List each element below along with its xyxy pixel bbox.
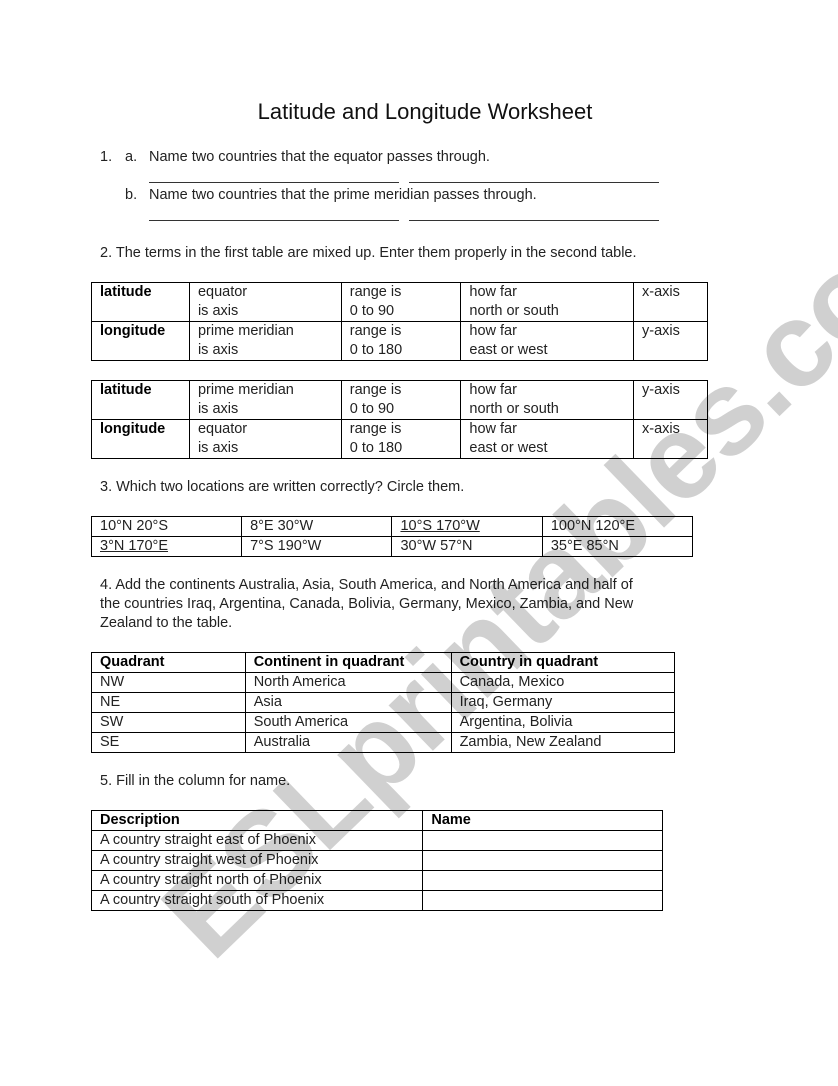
table-row: SWSouth AmericaArgentina, Bolivia [92,713,675,733]
locations-table: 10°N 20°S8°E 30°W10°S 170°W100°N 120°E3°… [91,516,693,557]
q1a-answer-blank-2[interactable] [409,181,659,183]
table-row: 3°N 170°E7°S 190°W30°W 57°N35°E 85°N [92,537,693,557]
correct-terms-table: latitudeprime meridianis axisrange is0 t… [91,380,708,459]
column-header: Continent in quadrant [245,653,451,673]
term-cell: y-axis [633,322,707,361]
term-cell: equatoris axis [189,283,341,322]
q3-text: 3. Which two locations are written corre… [100,479,464,495]
quadrant-cell[interactable]: Australia [245,733,451,753]
quadrant-cell[interactable]: Argentina, Bolivia [451,713,674,733]
location-cell[interactable]: 100°N 120°E [542,517,692,537]
q2-text: 2. The terms in the first table are mixe… [100,245,637,261]
quadrant-cell[interactable]: Asia [245,693,451,713]
quadrant-cell[interactable]: Iraq, Germany [451,693,674,713]
header-row: DescriptionName [92,811,663,831]
term-label: longitude [92,420,190,459]
description-cell: A country straight north of Phoenix [92,871,423,891]
table-row: A country straight east of Phoenix [92,831,663,851]
quadrant-cell[interactable]: Zambia, New Zealand [451,733,674,753]
description-cell: A country straight south of Phoenix [92,891,423,911]
column-header: Description [92,811,423,831]
description-cell: A country straight west of Phoenix [92,851,423,871]
q1a-text: Name two countries that the equator pass… [149,149,490,165]
mixed-terms-table: latitudeequatoris axisrange is0 to 90how… [91,282,708,361]
name-answer-cell[interactable] [423,871,663,891]
term-cell: prime meridianis axis [189,381,341,420]
term-cell: x-axis [633,420,707,459]
location-cell[interactable]: 35°E 85°N [542,537,692,557]
table-row: SEAustraliaZambia, New Zealand [92,733,675,753]
description-cell: A country straight east of Phoenix [92,831,423,851]
term-cell: how farnorth or south [461,381,634,420]
quadrant-cell: SW [92,713,246,733]
q4-line-2: the countries Iraq, Argentina, Canada, B… [100,596,633,612]
location-cell[interactable]: 30°W 57°N [392,537,542,557]
term-label: latitude [92,283,190,322]
table-row: 10°N 20°S8°E 30°W10°S 170°W100°N 120°E [92,517,693,537]
term-cell: range is0 to 180 [341,420,461,459]
table-row: A country straight west of Phoenix [92,851,663,871]
name-answer-cell[interactable] [423,891,663,911]
q4-line-3: Zealand to the table. [100,615,232,631]
q1-number: 1. [100,149,112,165]
term-cell: how farnorth or south [461,283,634,322]
term-label: latitude [92,381,190,420]
table-row: latitudeprime meridianis axisrange is0 t… [92,381,708,420]
term-cell: how fareast or west [461,420,634,459]
table-row: longitudeprime meridianis axisrange is0 … [92,322,708,361]
name-answer-cell[interactable] [423,831,663,851]
term-cell: range is0 to 180 [341,322,461,361]
quadrant-cell: NW [92,673,246,693]
term-cell: prime meridianis axis [189,322,341,361]
q1a-letter: a. [125,149,137,165]
page-title: Latitude and Longitude Worksheet [0,99,838,125]
q1b-answer-blank-1[interactable] [149,219,399,221]
q4-line-1: 4. Add the continents Australia, Asia, S… [100,577,633,593]
term-cell: x-axis [633,283,707,322]
q1b-answer-blank-2[interactable] [409,219,659,221]
term-cell: equatoris axis [189,420,341,459]
quadrant-cell: NE [92,693,246,713]
table-row: A country straight south of Phoenix [92,891,663,911]
column-header: Quadrant [92,653,246,673]
quadrant-cell[interactable]: Canada, Mexico [451,673,674,693]
term-cell: range is0 to 90 [341,283,461,322]
q1a-answer-blank-1[interactable] [149,181,399,183]
term-cell: y-axis [633,381,707,420]
column-header: Country in quadrant [451,653,674,673]
location-cell[interactable]: 10°S 170°W [392,517,542,537]
table-row: NWNorth AmericaCanada, Mexico [92,673,675,693]
column-header: Name [423,811,663,831]
term-cell: range is0 to 90 [341,381,461,420]
q5-text: 5. Fill in the column for name. [100,773,290,789]
header-row: QuadrantContinent in quadrantCountry in … [92,653,675,673]
location-cell[interactable]: 7°S 190°W [242,537,392,557]
table-row: A country straight north of Phoenix [92,871,663,891]
name-answer-cell[interactable] [423,851,663,871]
quadrant-cell[interactable]: North America [245,673,451,693]
table-row: latitudeequatoris axisrange is0 to 90how… [92,283,708,322]
quadrant-cell: SE [92,733,246,753]
quadrant-table: QuadrantContinent in quadrantCountry in … [91,652,675,753]
quadrant-cell[interactable]: South America [245,713,451,733]
table-row: longitudeequatoris axisrange is0 to 180h… [92,420,708,459]
location-cell[interactable]: 10°N 20°S [92,517,242,537]
description-table: DescriptionNameA country straight east o… [91,810,663,911]
term-cell: how fareast or west [461,322,634,361]
table-row: NEAsiaIraq, Germany [92,693,675,713]
term-label: longitude [92,322,190,361]
location-cell[interactable]: 8°E 30°W [242,517,392,537]
q1b-text: Name two countries that the prime meridi… [149,187,537,203]
q1b-letter: b. [125,187,137,203]
location-cell[interactable]: 3°N 170°E [92,537,242,557]
